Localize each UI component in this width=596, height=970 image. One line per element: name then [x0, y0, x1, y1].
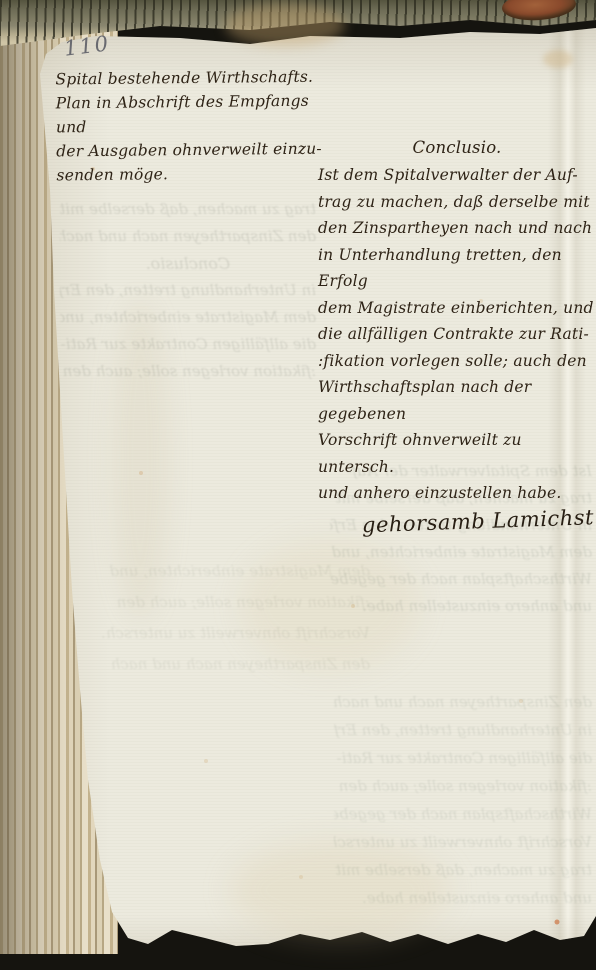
- manuscript-scan: trag zu machen, daß derselbe mit den Zin…: [0, 0, 596, 970]
- conclusio-line: dem Magistrate einberichten, und: [318, 295, 596, 322]
- bleed-through-line: Vorschrift ohnverweilt zu untersch.: [334, 828, 592, 856]
- bleed-through-line: den Zinspartheyen nach und nach: [334, 688, 592, 716]
- signature: gehorsamb Lamichst: [318, 505, 596, 539]
- bleed-through-line: Wirthschaftsplan nach der gegebenen: [334, 800, 592, 828]
- marginal-note-line: Spital bestehende Wirthschafts.: [55, 65, 325, 92]
- bleed-through-line: den Zinspartheyen nach und nach: [60, 223, 316, 250]
- bleed-through-line: :fikation vorlegen solle; auch den: [334, 772, 592, 800]
- conclusio-line: die allfälligen Contrakte zur Rati-: [318, 321, 596, 348]
- conclusio-line: den Zinspartheyen nach und nach: [318, 215, 596, 242]
- bleed-through-line: dem Magistrate einberichten, und: [60, 304, 316, 331]
- bleed-through-text: den Zinspartheyen nach und nach in Unter…: [334, 688, 592, 912]
- marginal-note: Spital bestehende Wirthschafts. Plan in …: [55, 65, 326, 188]
- bleed-through-line: trag zu machen, daß derselbe mit: [60, 196, 316, 223]
- conclusio-line: Wirthschaftsplan nach der gegebenen: [318, 374, 596, 427]
- bleed-through-line: trag zu machen, daß derselbe mit: [334, 856, 592, 884]
- conclusio-line: trag zu machen, daß derselbe mit: [318, 189, 596, 216]
- bleed-through-line: Vorschrift ohnverweilt zu untersch.: [70, 618, 370, 649]
- bleed-through-line: und anhero einzustellen habe.: [334, 884, 592, 912]
- conclusio-line: und anhero einzustellen habe.: [318, 480, 596, 507]
- conclusio-line: Vorschrift ohnverweilt zu untersch.: [318, 427, 596, 480]
- conclusio-line: :fikation vorlegen solle; auch den: [318, 348, 596, 375]
- conclusio-body: Ist dem Spitalverwalter der Auf- trag zu…: [318, 162, 596, 507]
- conclusio-section: Conclusio. Ist dem Spitalverwalter der A…: [318, 138, 596, 534]
- bleed-through-line: dem Magistrate einberichten, und: [70, 556, 370, 587]
- conclusio-heading: Conclusio.: [318, 138, 596, 157]
- marginal-note-line: senden möge.: [56, 161, 326, 188]
- bleed-through-line: in Unterhandlung tretten, den Erfolg: [60, 277, 316, 304]
- bleed-through-line: :fikation vorlegen solle; auch den: [60, 358, 316, 385]
- conclusio-line: in Unterhandlung tretten, den Erfolg: [318, 242, 596, 295]
- bleed-through-line: den Zinspartheyen nach und nach: [70, 649, 370, 680]
- conclusio-line: Ist dem Spitalverwalter der Auf-: [318, 162, 596, 189]
- marginal-note-line: der Ausgaben ohnverweilt einzu-: [56, 137, 326, 164]
- bleed-through-line: in Unterhandlung tretten, den Erfolg: [334, 716, 592, 744]
- bleed-through-line: die allfälligen Contrakte zur Rati-: [60, 331, 316, 358]
- bleed-through-text: trag zu machen, daß derselbe mit den Zin…: [60, 196, 316, 385]
- marginal-note-line: Plan in Abschrift des Empfangs und: [56, 89, 326, 140]
- bleed-through-line: die allfälligen Contrakte zur Rati-: [334, 744, 592, 772]
- bleed-through-text: dem Magistrate einberichten, und :fikati…: [70, 556, 370, 680]
- bleed-through-line: :fikation vorlegen solle; auch den: [70, 587, 370, 618]
- bleed-through-line: Conclusio.: [60, 250, 316, 277]
